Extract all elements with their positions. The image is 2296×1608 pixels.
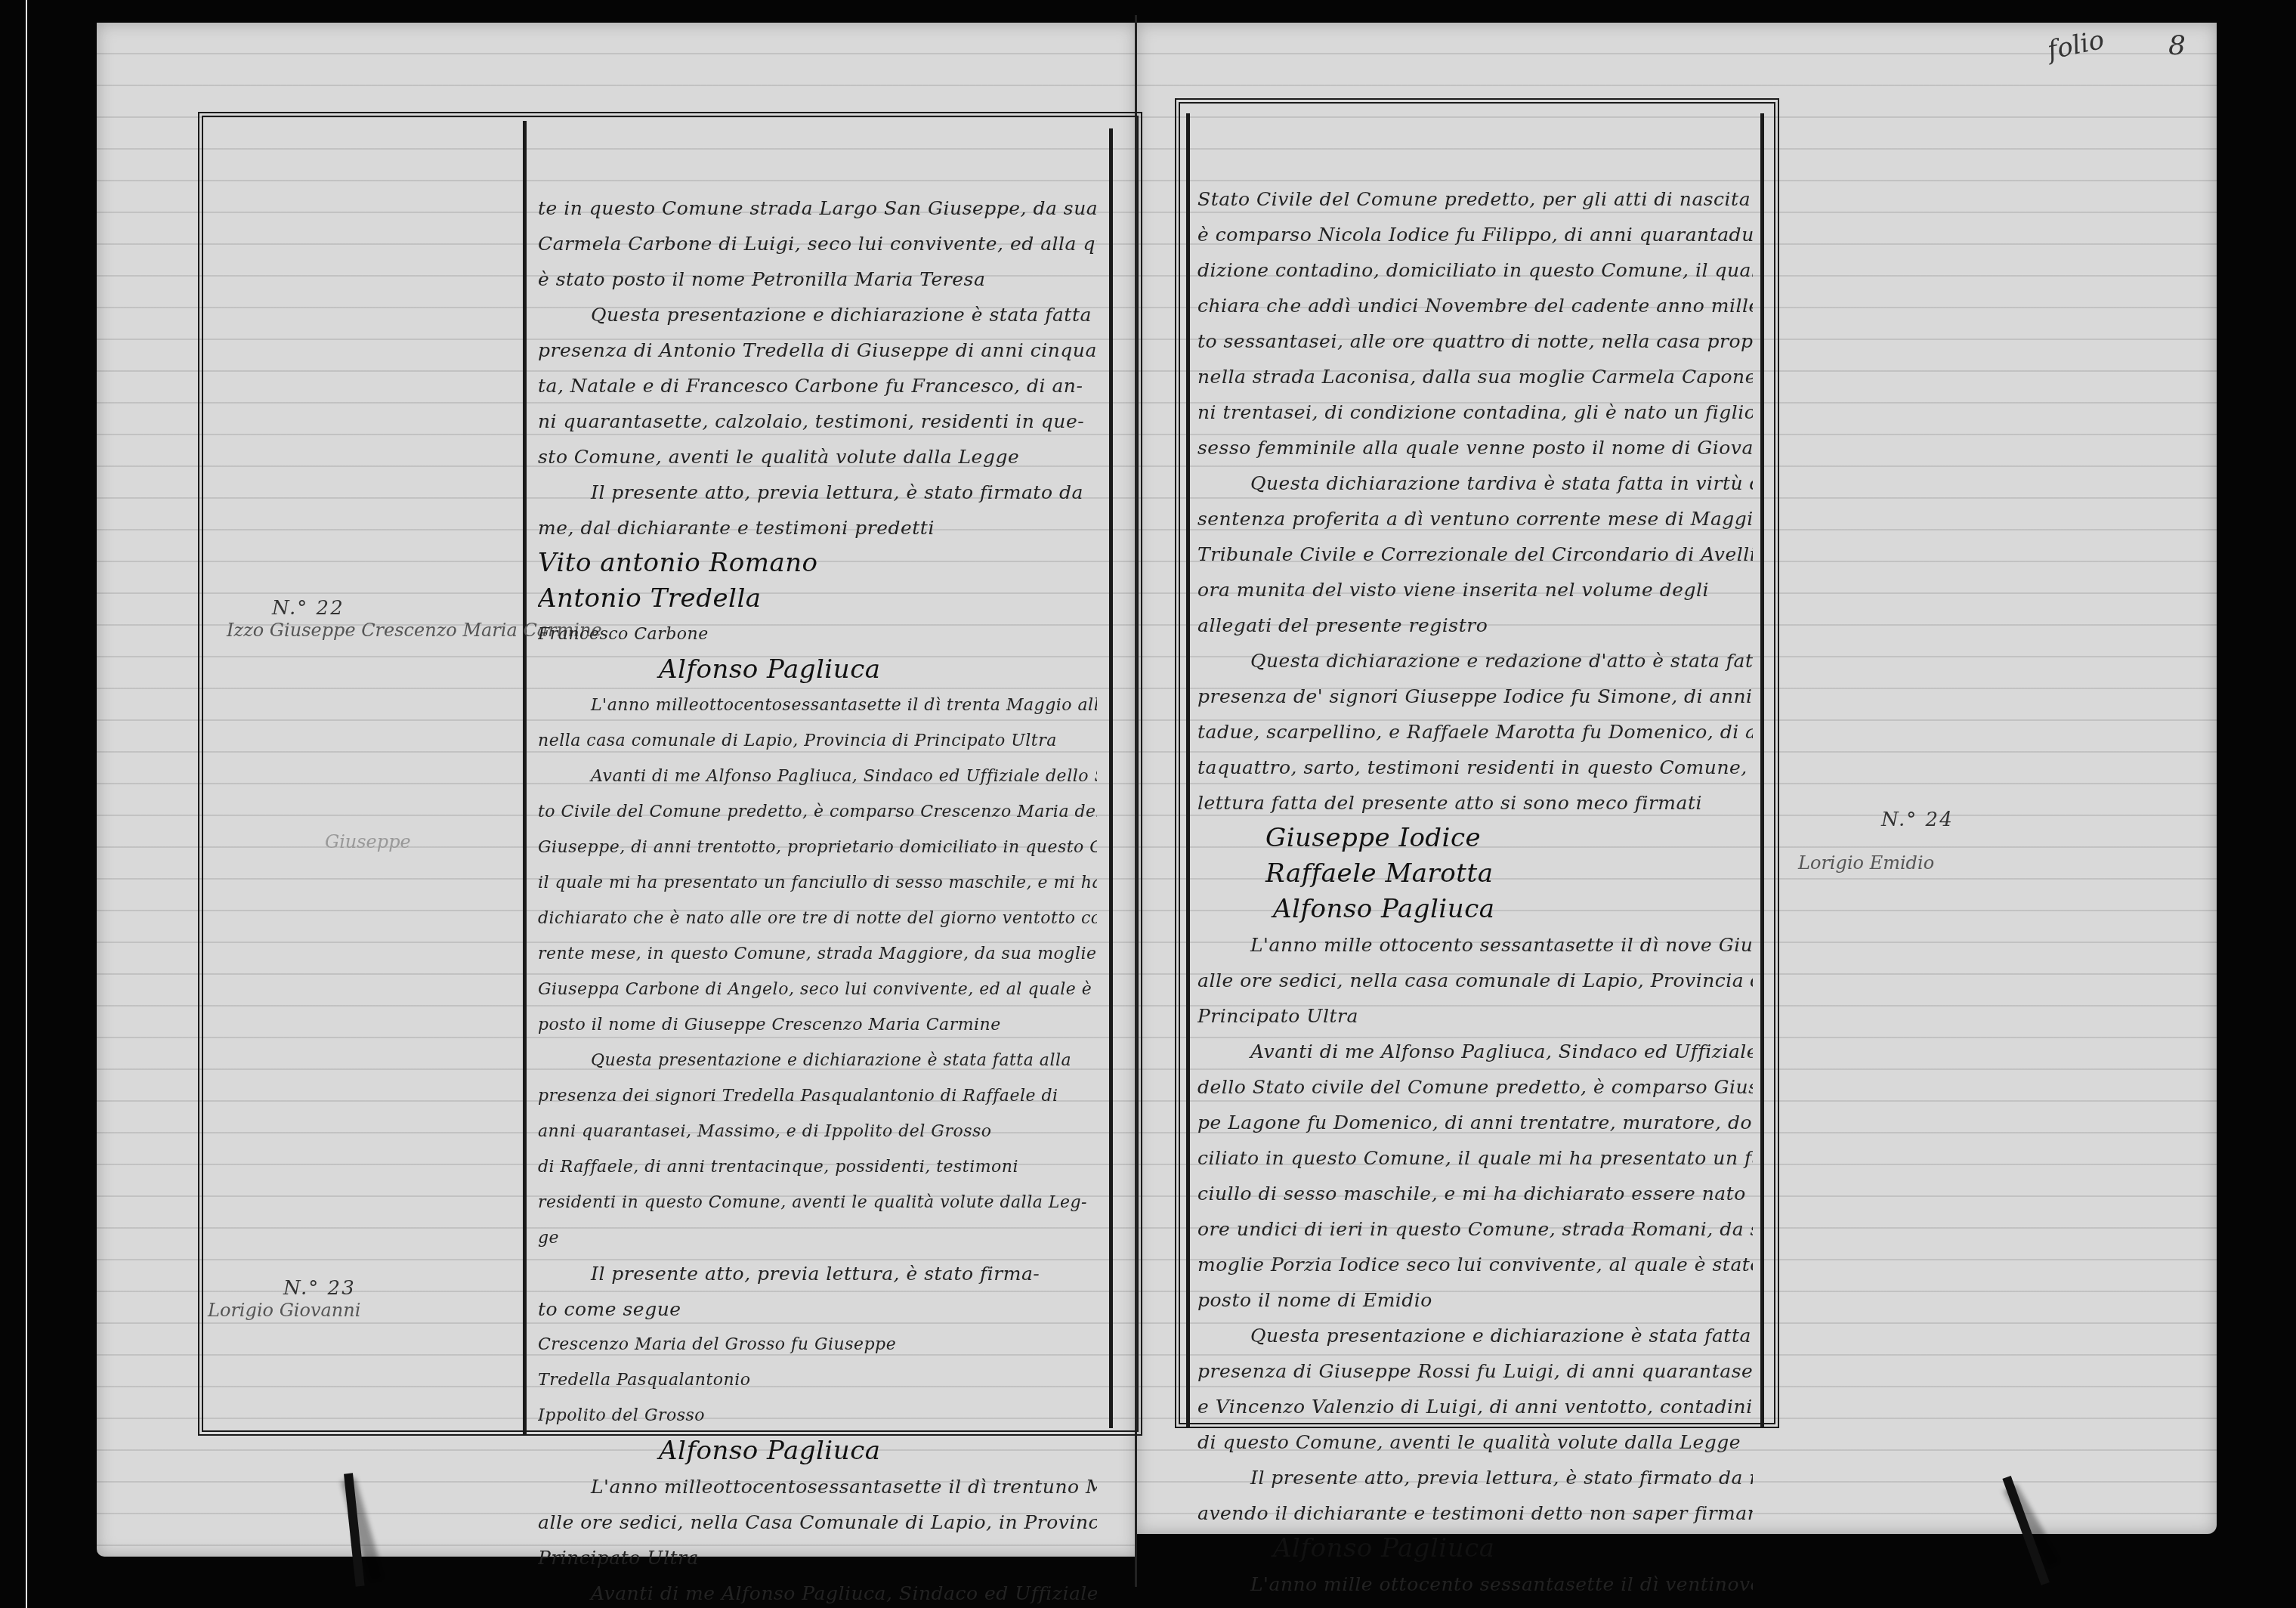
left-margin-column-divider [523,121,527,1436]
text-line: nella casa comunale di Lapio, Provincia … [538,723,1097,759]
text-line: sentenza proferita a dì ventuno corrente… [1197,501,1753,537]
text-line: Questa presentazione e dichiarazione è s… [538,297,1097,332]
signature-witness: Tredella Pasqualantonio [538,1362,1097,1398]
signature-witness: Francesco Carbone [538,617,1097,652]
text-line: Principato Ultra [538,1540,1097,1576]
signature-mayor: Alfonso Pagliuca [1197,892,1753,927]
entry-name: Lorigio Giovanni [208,1300,360,1321]
text-line: sesso femminile alla quale venne posto i… [1197,430,1753,465]
entry-name: Giuseppe [325,831,411,852]
left-page-text: te in questo Comune strada Largo San Giu… [538,190,1097,1608]
text-line: chiara che addì undici Novembre del cade… [1197,288,1753,323]
text-line: L'anno milleottocentosessantasette il dì… [538,688,1097,723]
entry-number: N.° 23 [208,1277,360,1300]
signature-witness: Antonio Tredella [538,581,1097,617]
text-line: ta, Natale e di Francesco Carbone fu Fra… [538,368,1097,404]
entry-number: N.° 24 [1798,809,1954,831]
text-line: il quale mi ha presentato un fanciullo d… [538,865,1097,901]
text-line: dichiarato che è nato alle ore tre di no… [538,901,1097,936]
text-line: to come segue [538,1291,1097,1327]
text-line: posto il nome di Emidio [1197,1282,1753,1318]
text-line: L'anno mille ottocento sessantasette il … [1197,1566,1753,1602]
text-line: pe Lagone fu Domenico, di anni trentatre… [1197,1105,1753,1140]
text-line: anni quarantasei, Massimo, e di Ippolito… [538,1114,1097,1149]
text-line: ni quarantasette, calzolaio, testimoni, … [538,404,1097,439]
text-line: presenza di Giuseppe Rossi fu Luigi, di … [1197,1353,1753,1389]
right-margin-column-divider [1760,113,1764,1428]
text-line: di Raffaele, di anni trentacinque, possi… [538,1149,1097,1185]
text-line: Questa presentazione e dichiarazione è s… [1197,1318,1753,1353]
text-line: ni trentasei, di condizione contadina, g… [1197,394,1753,430]
text-line: Avanti di me Alfonso Pagliuca, Sindaco e… [1197,1034,1753,1069]
text-line: allegati del presente registro [1197,608,1753,643]
text-line: te in questo Comune strada Largo San Giu… [538,190,1097,226]
left-text-column-divider [1109,128,1113,1428]
text-line: L'anno mille ottocento sessantasette il … [1197,927,1753,963]
text-line: ge [538,1220,1097,1256]
text-line: taquattro, sarto, testimoni residenti in… [1197,750,1753,785]
text-line: Questa dichiarazione tardiva è stata fat… [1197,465,1753,501]
margin-entry-23: N.° 23 Lorigio Giovanni [208,1277,360,1321]
text-line: Principato Ultra [1197,998,1753,1034]
text-line: Avanti di me Alfonso Pagliuca, Sindaco e… [538,1576,1097,1608]
text-line: è stato posto il nome Petronilla Maria T… [538,261,1097,297]
text-line: dello Stato civile del Comune predetto, … [1197,1069,1753,1105]
text-line: me, dal dichiarante e testimoni predetti [538,510,1097,546]
signature-mayor: Alfonso Pagliuca [538,652,1097,688]
text-line: Tribunale Civile e Correzionale del Circ… [1197,537,1753,572]
text-line: to sessantasei, alle ore quattro di nott… [1197,323,1753,359]
text-line: posto il nome di Giuseppe Crescenzo Mari… [538,1007,1097,1043]
text-line: lettura fatta del presente atto si sono … [1197,785,1753,821]
text-line: moglie Porzia Iodice seco lui convivente… [1197,1247,1753,1282]
text-line: alle ore sedici, nella casa comunale di … [1197,963,1753,998]
text-line: rente mese, in questo Comune, strada Mag… [538,936,1097,972]
text-line: L'anno milleottocentosessantasette il dì… [538,1469,1097,1504]
text-line: Carmela Carbone di Luigi, seco lui convi… [538,226,1097,261]
text-line: residenti in questo Comune, aventi le qu… [538,1185,1097,1220]
scan-edge [26,0,27,1608]
margin-entry-24: N.° 24 Lorigio Emidio [1798,809,1954,874]
text-line: ciullo di sesso maschile, e mi ha dichia… [1197,1176,1753,1211]
text-line: ore undici di ieri in questo Comune, str… [1197,1211,1753,1247]
text-line: Questa dichiarazione e redazione d'atto … [1197,643,1753,679]
signature-witness: Raffaele Marotta [1197,856,1753,892]
signature-witness: Vito antonio Romano [538,546,1097,581]
text-line: Il presente atto, previa lettura, è stat… [538,1256,1097,1291]
text-line: è comparso Nicola Iodice fu Filippo, di … [1197,217,1753,252]
text-line: Il presente atto, previa lettura, è stat… [1197,1460,1753,1495]
signature-witness: Giuseppe Iodice [1197,821,1753,856]
text-line: avendo il dichiarante e testimoni detto … [1197,1495,1753,1531]
text-line: Questa presentazione e dichiarazione è s… [538,1043,1097,1078]
text-line: presenza di Antonio Tredella di Giuseppe… [538,332,1097,368]
signature-mayor: Alfonso Pagliuca [1197,1531,1753,1566]
text-line: sto Comune, aventi le qualità volute dal… [538,439,1097,475]
text-line: to Civile del Comune predetto, è compars… [538,794,1097,830]
text-line: presenza de' signori Giuseppe Iodice fu … [1197,679,1753,714]
entry-name: Lorigio Emidio [1798,852,1954,874]
right-page-text: Stato Civile del Comune predetto, per gl… [1197,181,1753,1602]
text-line: ora munita del visto viene inserita nel … [1197,572,1753,608]
text-line: nella strada Laconisa, dalla sua moglie … [1197,359,1753,394]
text-line: presenza dei signori Tredella Pasqualant… [538,1078,1097,1114]
text-line: dizione contadino, domiciliato in questo… [1197,252,1753,288]
text-line: Giuseppa Carbone di Angelo, seco lui con… [538,972,1097,1007]
text-line: e Vincenzo Valenzio di Luigi, di anni ve… [1197,1389,1753,1424]
text-line: tadue, scarpellino, e Raffaele Marotta f… [1197,714,1753,750]
signature-witness: Ippolito del Grosso [538,1398,1097,1433]
signature-declarant: Crescenzo Maria del Grosso fu Giuseppe [538,1327,1097,1362]
text-line: alle ore sedici, nella Casa Comunale di … [538,1504,1097,1540]
folio-number: 8 [2168,30,2186,61]
text-line: Giuseppe, di anni trentotto, proprietari… [538,830,1097,865]
signature-mayor: Alfonso Pagliuca [538,1433,1097,1469]
margin-entry-faint: Giuseppe [325,831,411,852]
right-text-column-edge [1186,113,1190,1428]
text-line: Il presente atto, previa lettura, è stat… [538,475,1097,510]
text-line: ciliato in questo Comune, il quale mi ha… [1197,1140,1753,1176]
text-line: di questo Comune, aventi le qualità volu… [1197,1424,1753,1460]
text-line: Stato Civile del Comune predetto, per gl… [1197,181,1753,217]
text-line: Avanti di me Alfonso Pagliuca, Sindaco e… [538,759,1097,794]
